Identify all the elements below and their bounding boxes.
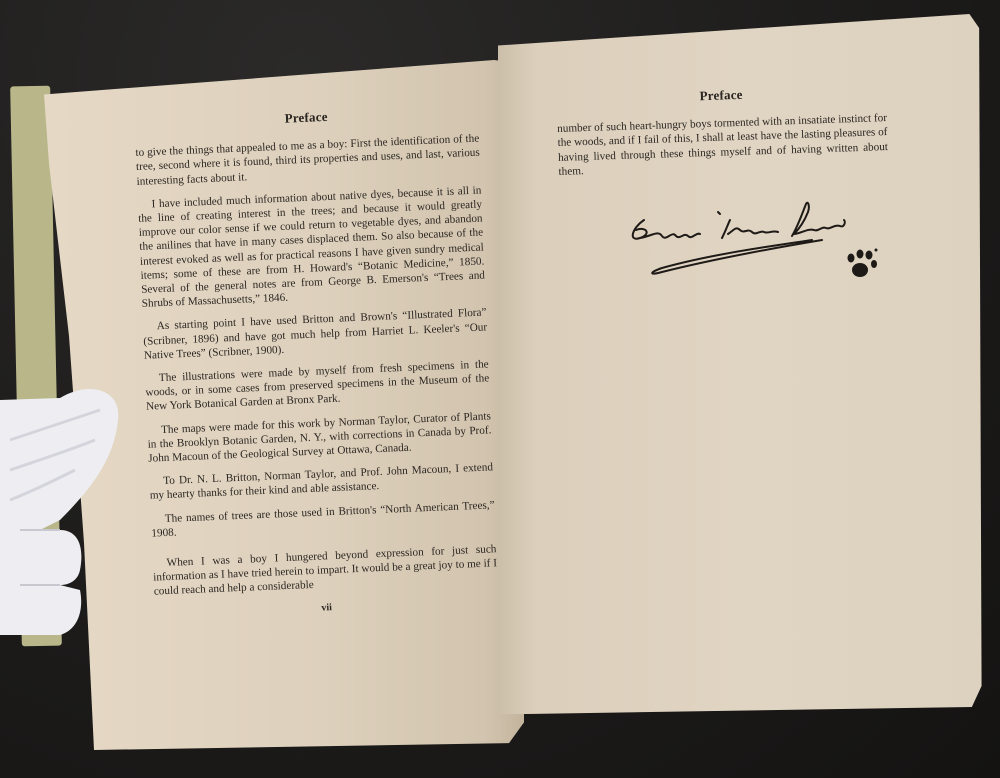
paragraph: number of such heart-hungry boys torment… <box>557 111 889 179</box>
white-glove-hand <box>0 380 122 640</box>
signature-icon: Ernest Thompson Seton <box>622 190 852 280</box>
paragraph: When I was a boy I hungered beyond expre… <box>152 542 497 599</box>
paragraph: As starting point I have used Britton an… <box>142 306 487 363</box>
paragraph: to give the things that appealed to me a… <box>135 132 480 189</box>
paragraph: To Dr. N. L. Britton, Norman Taylor, and… <box>149 461 494 504</box>
paragraph: The illustrations were made by myself fr… <box>145 357 490 414</box>
right-page-text: Preface number of such heart-hungry boys… <box>556 83 889 188</box>
left-page-text: Preface to give the things that appealed… <box>134 104 499 623</box>
paragraph: The names of trees are those used in Bri… <box>151 498 496 541</box>
paragraph: The maps were made for this work by Norm… <box>147 409 492 466</box>
paw-print-icon <box>842 246 882 282</box>
paragraph: I have included much information about n… <box>137 183 485 311</box>
